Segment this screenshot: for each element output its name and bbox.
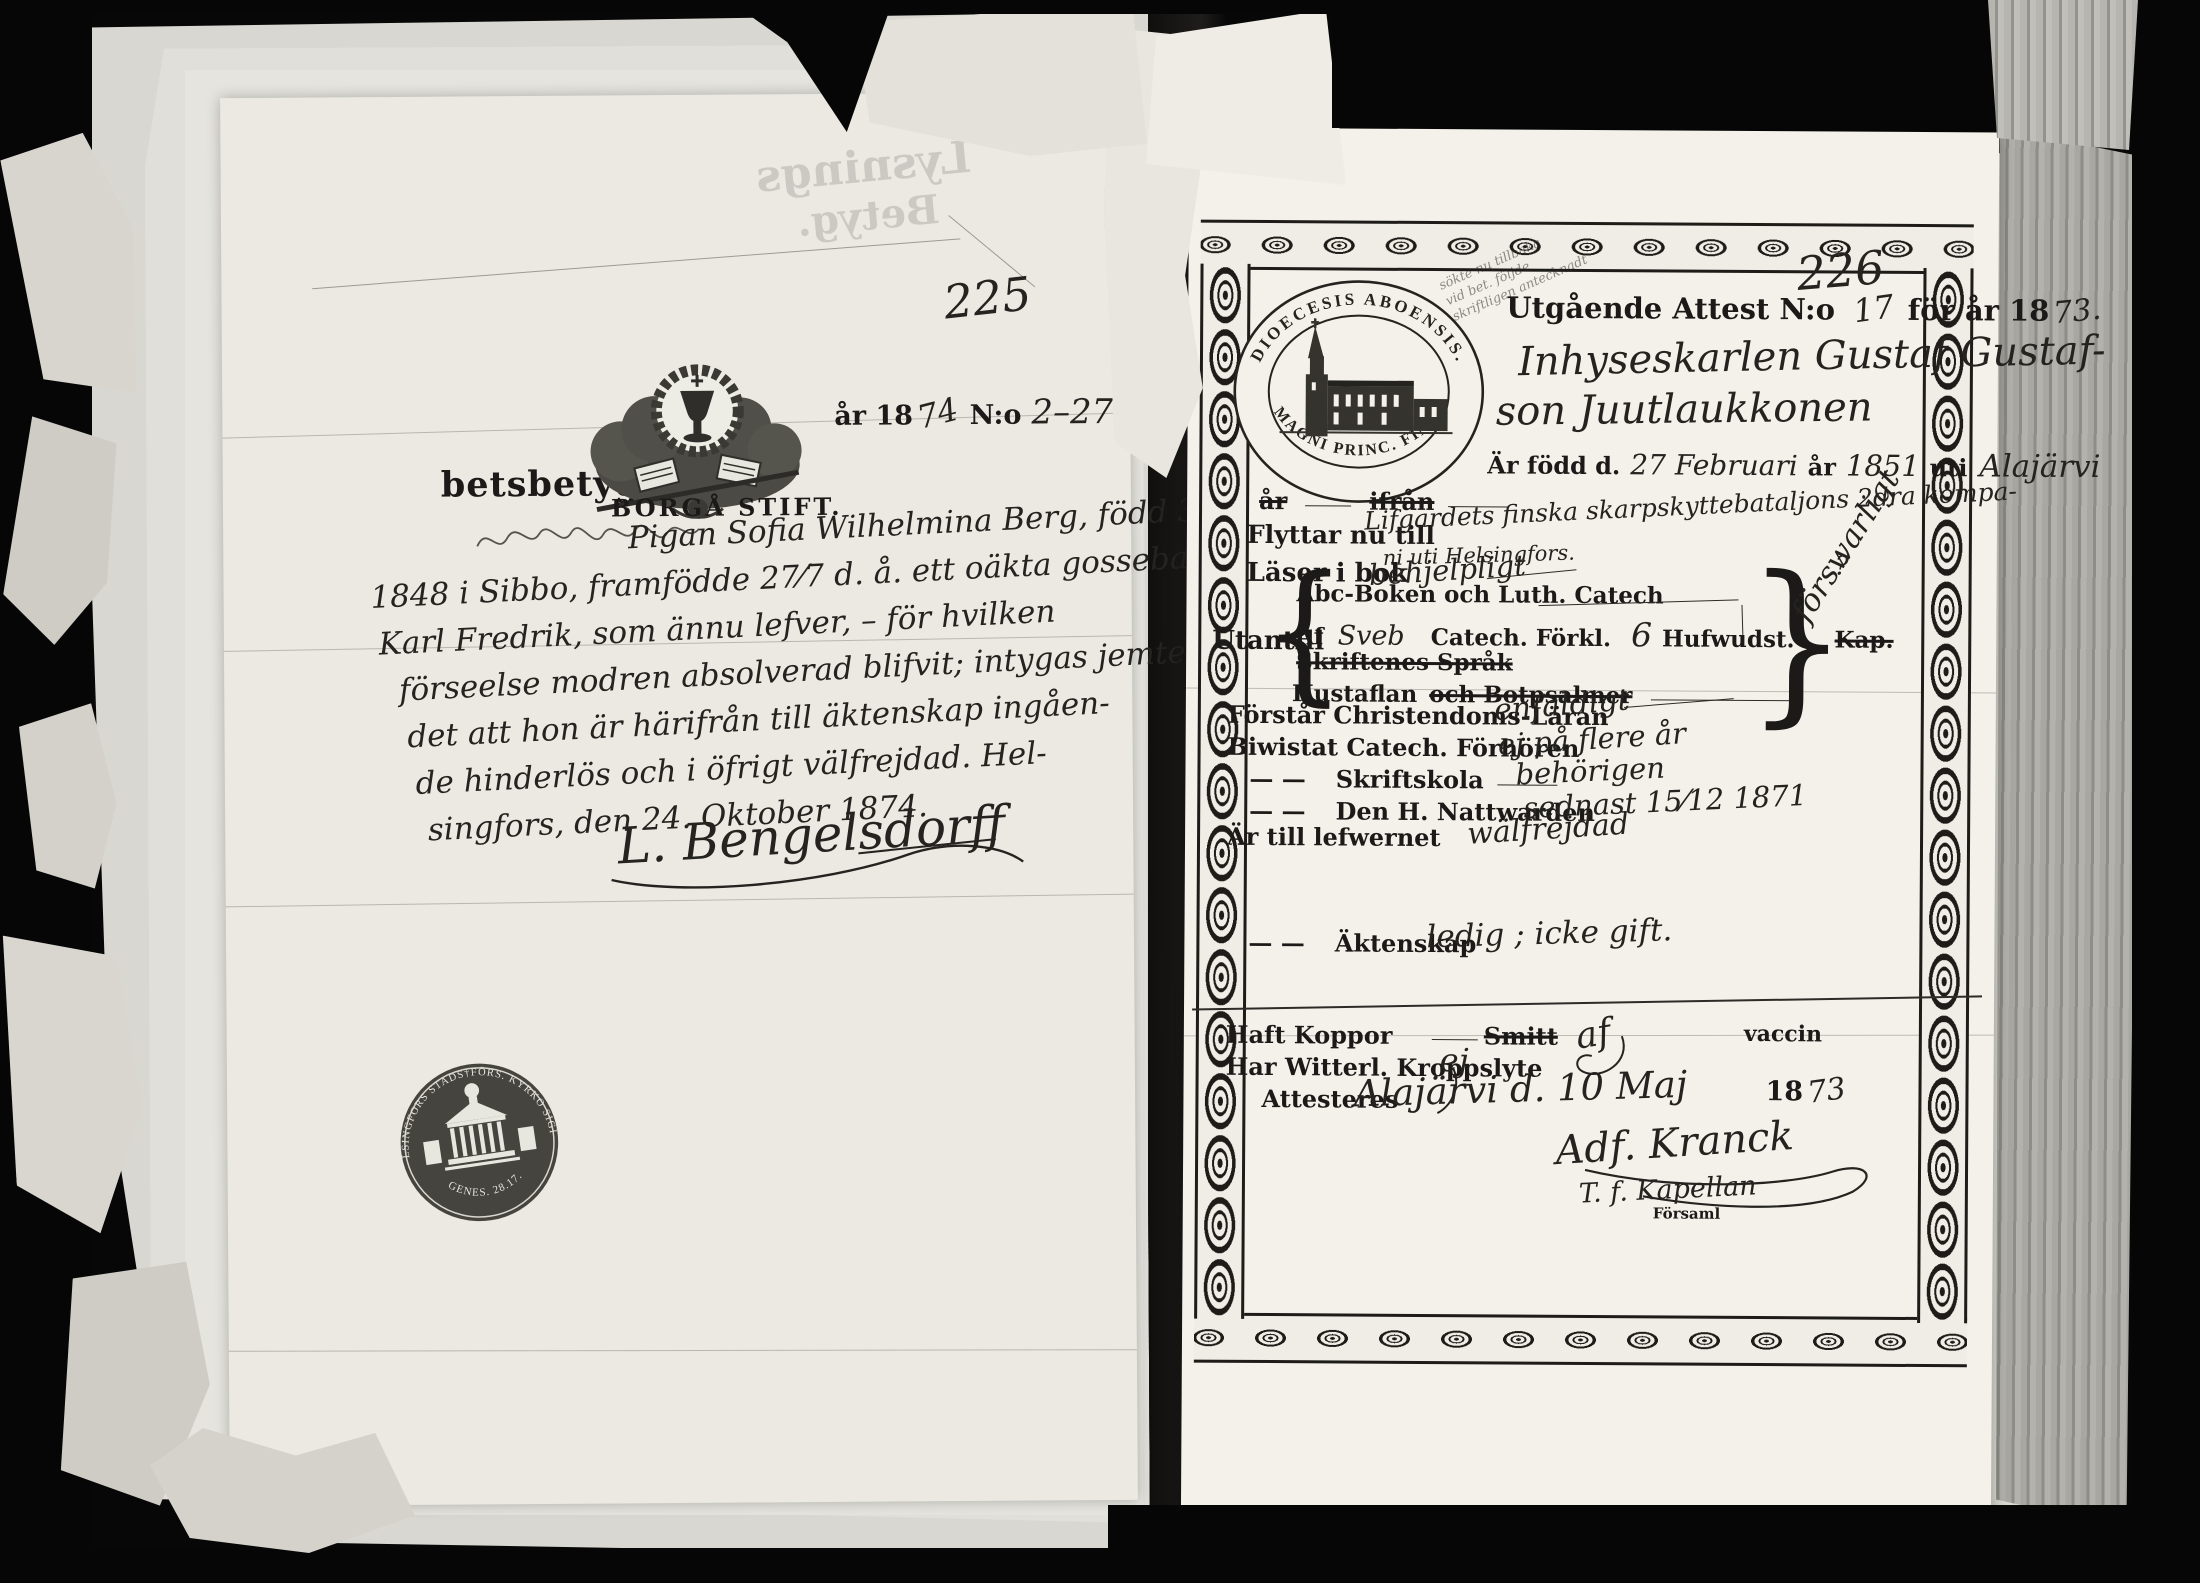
forsaml-printed: Församl (1653, 1204, 1721, 1222)
koppor-label: Haft Koppor (1226, 1020, 1393, 1050)
photo-edge-right (2132, 0, 2200, 1583)
nattwarden-dash: — — (1249, 796, 1306, 825)
item2-af: Af (1296, 623, 1324, 650)
aktenskap-dash: — — (1248, 928, 1305, 957)
right-top-fragment (1146, 10, 1346, 185)
skriftskola-label: Skriftskola (1336, 764, 1484, 794)
showthrough-stamp: Lysnings Betyg. (722, 129, 1010, 253)
struck-ar: år (1259, 486, 1287, 515)
helsingfors-parish-seal: HELSINGFORS STADS†FÖRS. KYRKO SIGILL. GE… (384, 1047, 575, 1238)
item2-number: 6 (1631, 615, 1652, 654)
attest-year-hand: 73 (1805, 1071, 1848, 1111)
photo-edge-bottom-right (1108, 1505, 2200, 1583)
handwritten-body: Pigan Sofia Wilhelmina Berg, född 3⁄12 1… (341, 489, 1186, 858)
attest-year: 73. (2052, 292, 2103, 332)
born-label: Är född d. (1487, 450, 1620, 480)
certificate-page: DIOECESIS ABOENSIS. MAGNI PRINC. FINL. (1181, 128, 2000, 1568)
photo-edge-bottom-left (0, 1548, 1108, 1583)
top-right-page-edge (1988, 0, 2138, 150)
year-handwritten: 74 (913, 390, 962, 437)
attest-title-row: Utgående Attest N:o 17 för år 18 73. (1506, 287, 2101, 329)
year-prefix: år 18 (834, 400, 913, 432)
attest-year-group: 18 73 (1765, 1073, 1845, 1108)
attest-for-year: för år 18 (1908, 293, 2050, 328)
archival-photo: Lysnings Betyg. 225 betsbetyg (0, 0, 2200, 1583)
attest-title: Utgående Attest N:o (1506, 290, 1835, 326)
no-label: N:o (970, 400, 1022, 431)
attest-year-printed: 18 (1765, 1076, 1803, 1107)
born-uti: uti (1930, 453, 1968, 482)
utantill-item3: Skriftenes Språk (1296, 648, 1513, 676)
person-name-line2: son Juutlaukkonen (1495, 384, 1872, 434)
koppor-vaccin: vaccin (1744, 1021, 1822, 1047)
skriftskola-dash: — — (1249, 764, 1306, 793)
utantill-item1: Abc-Boken och Luth. Catech (1296, 580, 1663, 609)
paper-fold-line (312, 238, 960, 289)
left-year-number-row: år 18 74 N:o 2–278. (834, 392, 1146, 434)
koppor-struck-smitt: Smitt (1484, 1021, 1558, 1050)
lefwernet-label: Är till lefwernet (1227, 822, 1441, 852)
left-page-number: 225 (941, 266, 1034, 329)
born-year-label: år (1808, 452, 1836, 481)
item2-mid: Catech. Förkl. (1431, 624, 1612, 652)
skriftskola-row: — — Skriftskola (1249, 764, 1557, 795)
left-document: Lysnings Betyg. 225 betsbetyg (220, 92, 1138, 1506)
item2-handbook: Sveb (1338, 620, 1405, 651)
born-date: 27 Februari (1630, 448, 1798, 482)
attest-number: 17 (1851, 287, 1896, 330)
aktenskap-value: ledig ; icke gift. (1426, 912, 1673, 955)
